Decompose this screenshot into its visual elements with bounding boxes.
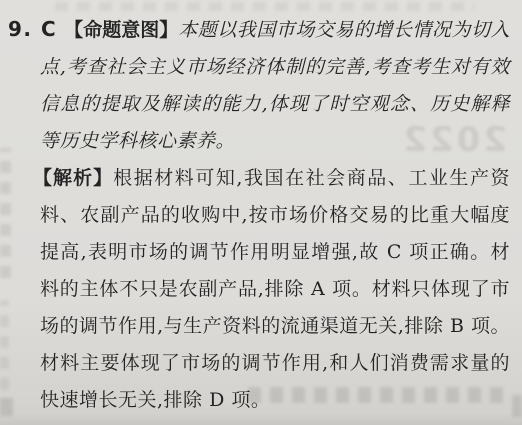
- bleedthrough-smudge: [55, 2, 475, 11]
- question-number-and-answer: 9. C: [8, 17, 57, 41]
- answer-key-page: 2022 9. C【命题意图】本题以我国市场交易的增长情况为切入点,考查社会主义…: [0, 0, 522, 425]
- answer-entry: 9. C【命题意图】本题以我国市场交易的增长情况为切入点,考查社会主义市场经济体…: [0, 11, 522, 419]
- analysis-label: 【解析】: [33, 167, 113, 189]
- analysis-paragraph: 【解析】根据材料可知,我国在社会商品、工业生产资料、农副产品的收购中,按市场价格…: [40, 160, 510, 419]
- analysis-text: 根据材料可知,我国在社会商品、工业生产资料、农副产品的收购中,按市场价格交易的比…: [40, 167, 510, 411]
- intent-paragraph: 9. C【命题意图】本题以我国市场交易的增长情况为切入点,考查社会主义市场经济体…: [40, 11, 510, 160]
- intent-label: 【命题意图】: [64, 19, 178, 41]
